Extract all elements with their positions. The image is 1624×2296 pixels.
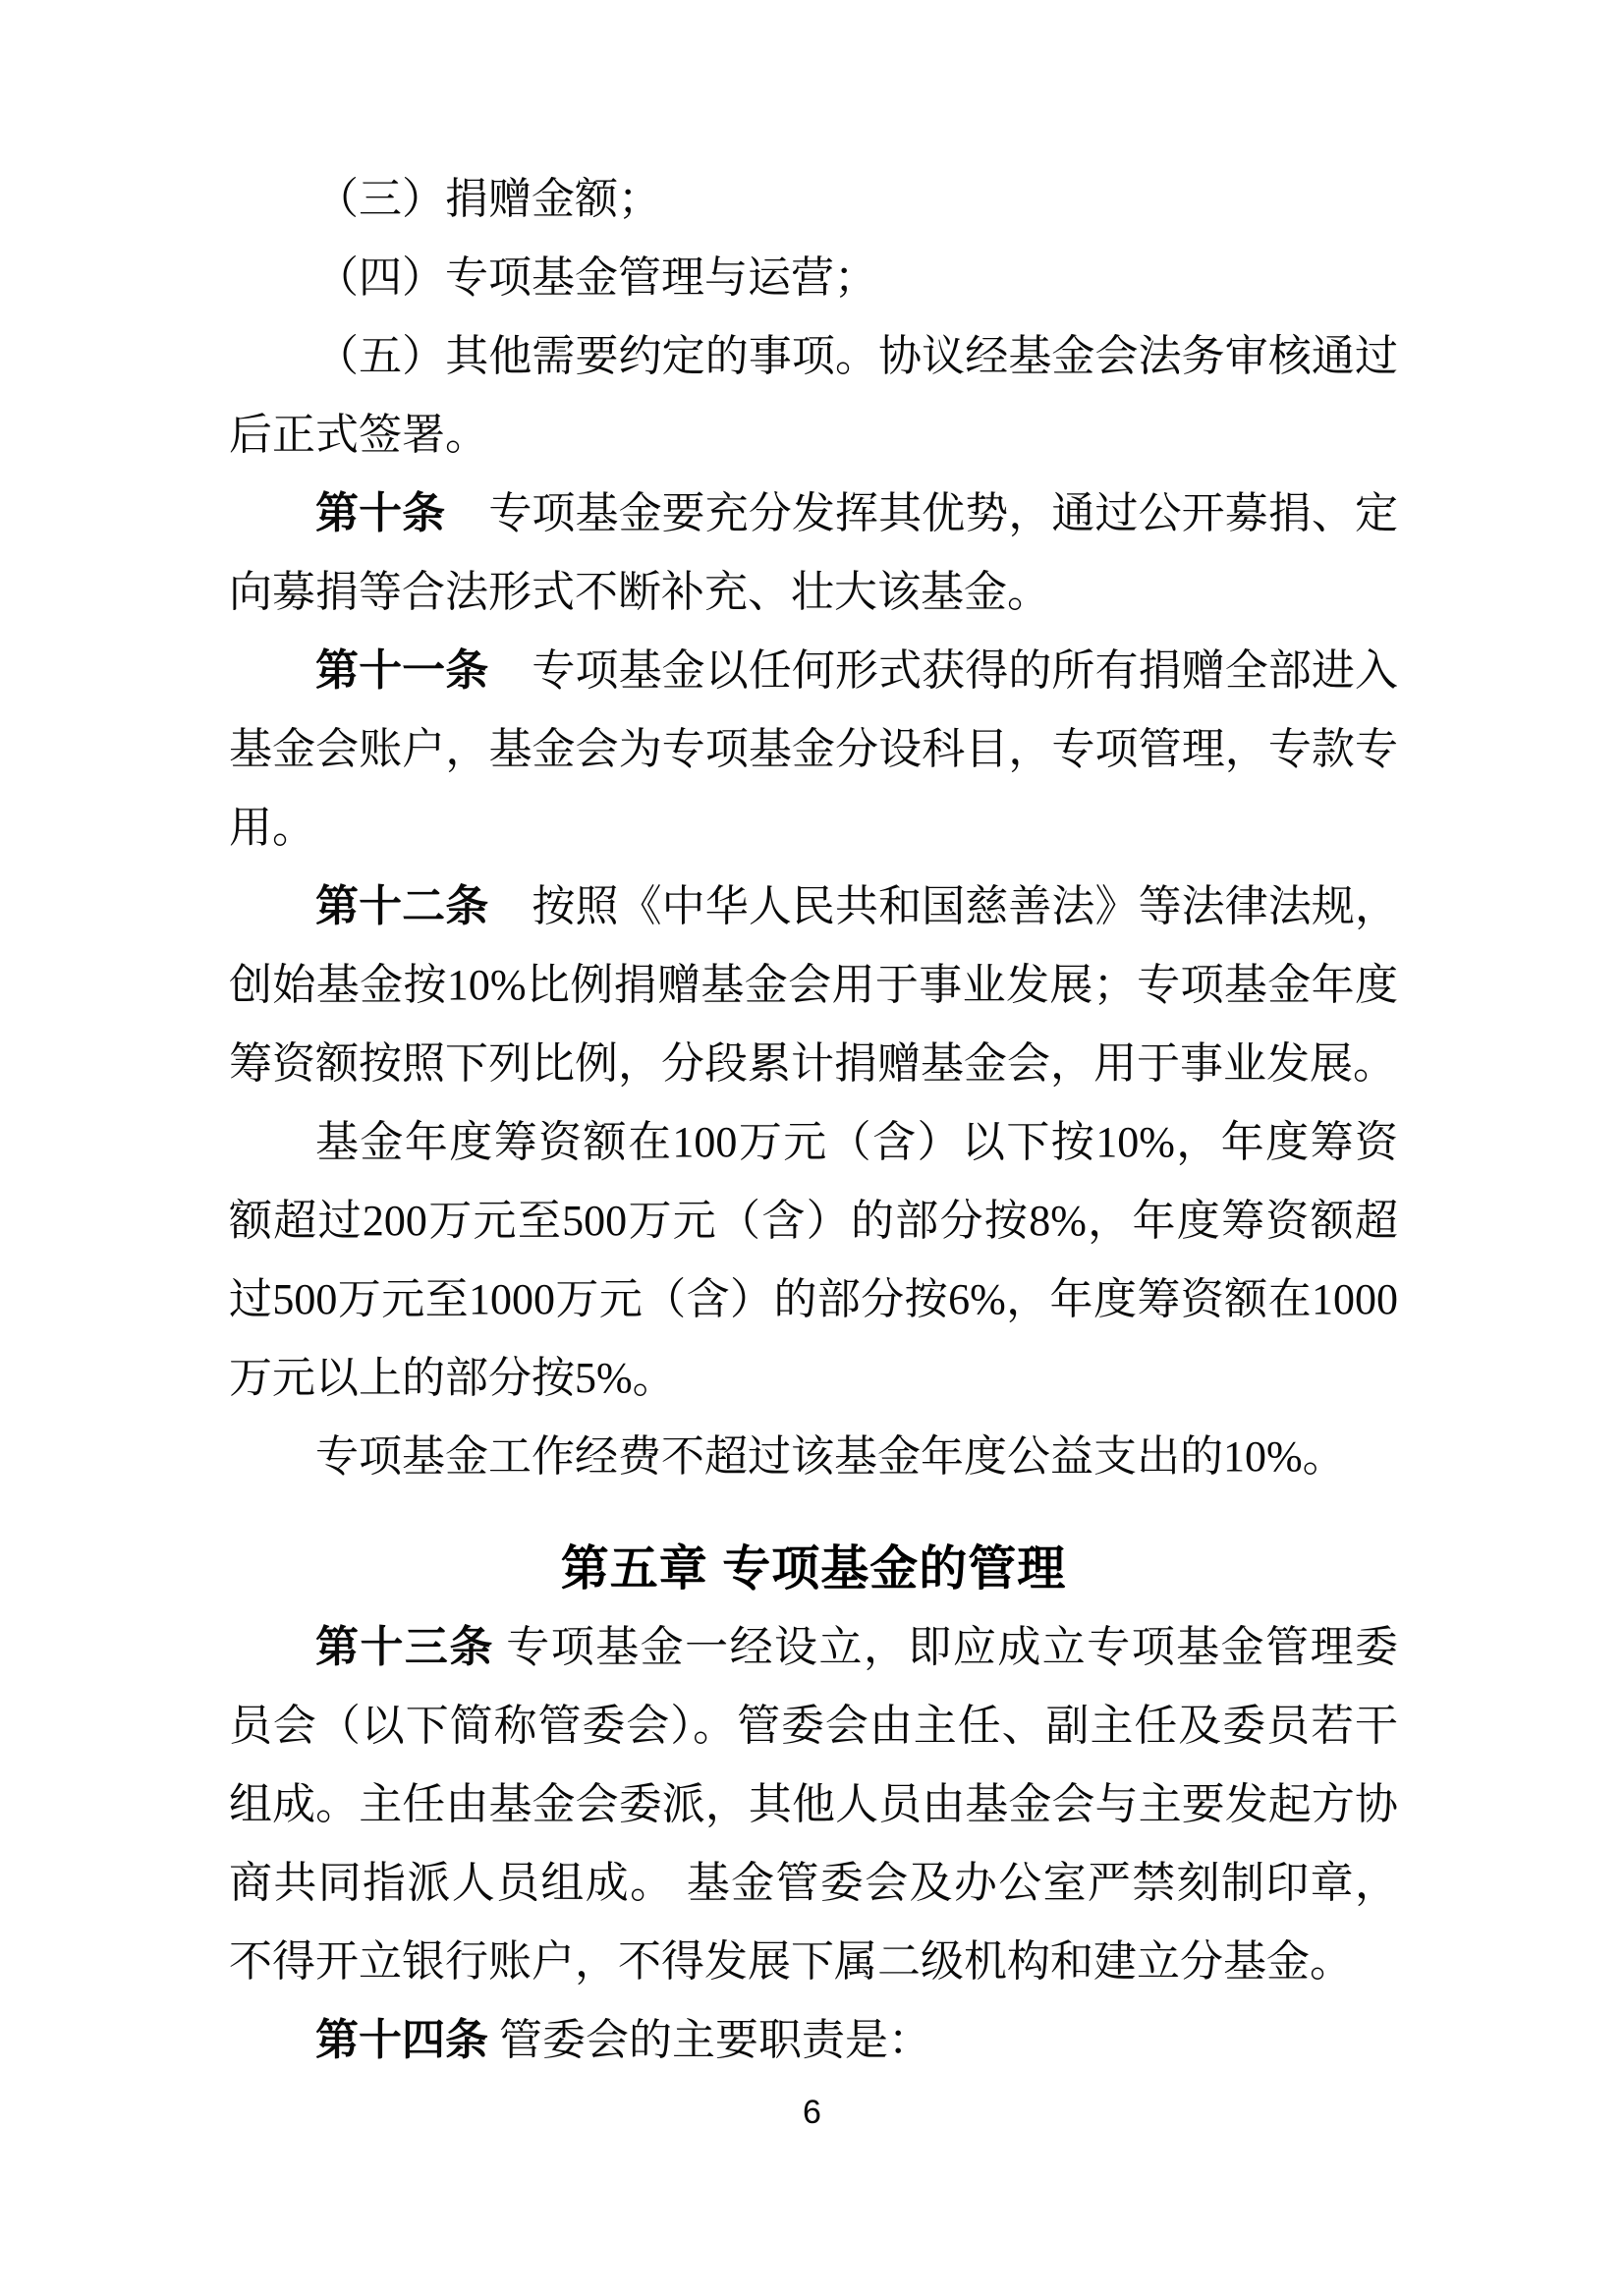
paragraph-text: 专项基金工作经费不超过该基金年度公益支出的10%。 xyxy=(315,1432,1346,1481)
document-page: （三）捐赠金额； （四）专项基金管理与运营； （五）其他需要约定的事项。协议经基… xyxy=(0,0,1624,2296)
page-number: 6 xyxy=(0,2091,1624,2134)
paragraph-text: （四）专项基金管理与运营； xyxy=(315,253,877,302)
paragraph-text: 专项基金一经设立，即应成立专项基金管理委员会（以下简称管委会）。管委会由主任、副… xyxy=(229,1623,1398,1986)
body-paragraph: （三）捐赠金额； xyxy=(229,160,1398,239)
document-body: （三）捐赠金额； （四）专项基金管理与运营； （五）其他需要约定的事项。协议经基… xyxy=(229,160,1398,2080)
body-paragraph: （四）专项基金管理与运营； xyxy=(229,239,1398,317)
body-paragraph: 第十四条 管委会的主要职责是： xyxy=(229,2001,1398,2080)
article-number: 第十二条 xyxy=(315,882,532,930)
paragraph-text: （三）捐赠金额； xyxy=(315,175,661,223)
chapter-heading: 第五章 专项基金的管理 xyxy=(229,1530,1398,1608)
paragraph-text: 基金年度筹资额在100万元（含）以下按10%，年度筹资额超过200万元至500万… xyxy=(229,1118,1398,1402)
article-number: 第十条 xyxy=(315,489,488,537)
paragraph-text: 管委会的主要职责是： xyxy=(499,2016,931,2064)
article-number: 第十三条 xyxy=(315,1623,506,1671)
article-number: 第十一条 xyxy=(315,646,532,695)
paragraph-text: （五）其他需要约定的事项。协议经基金会法务审核通过后正式签署。 xyxy=(229,332,1398,459)
body-paragraph: 基金年度筹资额在100万元（含）以下按10%，年度筹资额超过200万元至500万… xyxy=(229,1103,1398,1418)
body-paragraph: 第十条 专项基金要充分发挥其优势，通过公开募捐、定向募捐等合法形式不断补充、壮大… xyxy=(229,475,1398,632)
body-paragraph: 第十三条 专项基金一经设立，即应成立专项基金管理委员会（以下简称管委会）。管委会… xyxy=(229,1608,1398,2001)
body-paragraph: 第十一条 专项基金以任何形式获得的所有捐赠全部进入基金会账户，基金会为专项基金分… xyxy=(229,632,1398,868)
body-paragraph: 第十二条 按照《中华人民共和国慈善法》等法律法规，创始基金按10%比例捐赠基金会… xyxy=(229,868,1398,1103)
body-paragraph: （五）其他需要约定的事项。协议经基金会法务审核通过后正式签署。 xyxy=(229,317,1398,475)
article-number: 第十四条 xyxy=(315,2016,499,2064)
body-paragraph: 专项基金工作经费不超过该基金年度公益支出的10%。 xyxy=(229,1418,1398,1496)
